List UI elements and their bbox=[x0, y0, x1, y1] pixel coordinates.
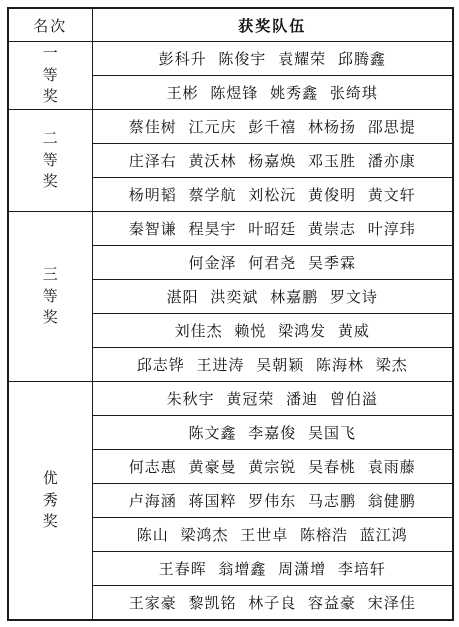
column-header-rank: 名次 bbox=[8, 8, 92, 42]
rank-label-first-prize: 一等奖 bbox=[42, 43, 59, 108]
rank-cell-third-prize: 三等奖 bbox=[8, 212, 92, 382]
column-header-winning-teams: 获奖队伍 bbox=[92, 8, 453, 42]
rank-cell-excellence-award: 优秀奖 bbox=[8, 382, 92, 621]
rank-cell-first-prize: 一等奖 bbox=[8, 42, 92, 110]
table-row: 三等奖 秦智谦 程昊宇 叶昭廷 黄崇志 叶淳玮 bbox=[8, 212, 453, 246]
team-cell: 陈山 梁鸿杰 王世卓 陈榕浩 蓝江鸿 bbox=[92, 518, 453, 552]
rank-label-third-prize: 三等奖 bbox=[42, 264, 59, 329]
rank-label-excellence-award: 优秀奖 bbox=[42, 468, 59, 533]
team-cell: 何志惠 黄豪曼 黄宗锐 吴春桃 袁雨藤 bbox=[92, 450, 453, 484]
team-cell: 卢海涵 蒋国粹 罗伟东 马志鹏 翁健鹏 bbox=[92, 484, 453, 518]
table-header-row: 名次 获奖队伍 bbox=[8, 8, 453, 42]
team-cell: 杨明韬 蔡学航 刘松沅 黄俊明 黄文轩 bbox=[92, 178, 453, 212]
team-cell: 王家豪 黎凯铭 林子良 容益豪 宋泽佳 bbox=[92, 586, 453, 621]
team-cell: 王彬 陈煜锋 姚秀鑫 张绮琪 bbox=[92, 76, 453, 110]
table-row: 二等奖 蔡佳树 江元庆 彭千禧 林杨扬 邵思提 bbox=[8, 110, 453, 144]
team-cell: 王春晖 翁增鑫 周潇增 李培轩 bbox=[92, 552, 453, 586]
team-cell: 湛阳 洪奕斌 林嘉鹏 罗文诗 bbox=[92, 280, 453, 314]
rank-label-second-prize: 二等奖 bbox=[42, 128, 59, 193]
team-cell: 秦智谦 程昊宇 叶昭廷 黄崇志 叶淳玮 bbox=[92, 212, 453, 246]
rank-cell-second-prize: 二等奖 bbox=[8, 110, 92, 212]
team-cell: 朱秋宇 黄冠荣 潘迪 曾伯溢 bbox=[92, 382, 453, 416]
team-cell: 邱志铧 王进涛 吴朝颖 陈海林 梁杰 bbox=[92, 348, 453, 382]
team-cell: 彭科升 陈俊宇 袁耀荣 邱腾鑫 bbox=[92, 42, 453, 76]
document-page: 名次 获奖队伍 一等奖 彭科升 陈俊宇 袁耀荣 邱腾鑫 王彬 陈煜锋 姚秀鑫 张… bbox=[0, 0, 459, 621]
awards-table: 名次 获奖队伍 一等奖 彭科升 陈俊宇 袁耀荣 邱腾鑫 王彬 陈煜锋 姚秀鑫 张… bbox=[7, 7, 454, 621]
table-row: 优秀奖 朱秋宇 黄冠荣 潘迪 曾伯溢 bbox=[8, 382, 453, 416]
team-cell: 蔡佳树 江元庆 彭千禧 林杨扬 邵思提 bbox=[92, 110, 453, 144]
team-cell: 陈文鑫 李嘉俊 吴国飞 bbox=[92, 416, 453, 450]
team-cell: 庄泽右 黄沃林 杨嘉焕 邓玉胜 潘亦康 bbox=[92, 144, 453, 178]
team-cell: 刘佳杰 赖悦 梁鸿发 黄威 bbox=[92, 314, 453, 348]
team-cell: 何金泽 何君尧 吴季霖 bbox=[92, 246, 453, 280]
table-row: 一等奖 彭科升 陈俊宇 袁耀荣 邱腾鑫 bbox=[8, 42, 453, 76]
